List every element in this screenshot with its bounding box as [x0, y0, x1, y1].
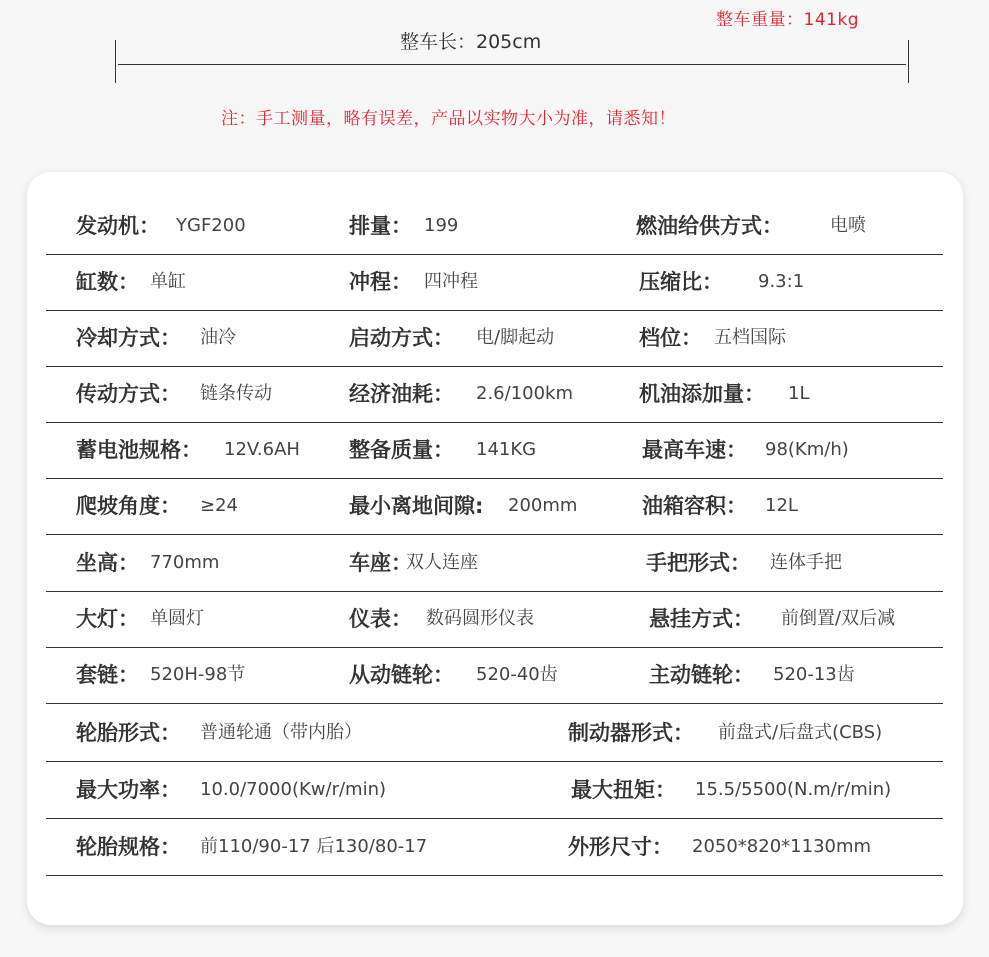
spec-value: 链条传动 [200, 366, 272, 422]
spec-value: 双人连座 [406, 535, 478, 591]
spec-value: 200mm [508, 478, 577, 534]
dimension-tick-left [115, 40, 116, 83]
spec-label: 轮胎形式： [76, 705, 181, 761]
spec-label: 最大功率： [76, 762, 181, 818]
spec-label: 压缩比： [639, 254, 723, 310]
spec-row: 套链：520H-98节从动链轮：520-40齿主动链轮：520-13齿 [46, 647, 943, 704]
spec-value: 98(Km/h) [765, 422, 849, 478]
spec-label: 发动机： [76, 198, 160, 254]
spec-label: 从动链轮： [349, 647, 454, 703]
spec-row: 冷却方式：油冷启动方式：电/脚起动档位：五档国际 [46, 310, 943, 367]
spec-label: 仪表： [349, 591, 412, 647]
spec-label: 油箱容积： [642, 478, 747, 534]
spec-label: 坐高： [76, 535, 139, 591]
spec-value: 电喷 [830, 198, 866, 254]
spec-label: 传动方式： [76, 366, 181, 422]
spec-label: 爬坡角度： [76, 478, 181, 534]
spec-value: 199 [424, 198, 458, 254]
spec-value: 普通轮通（带内胎） [200, 705, 362, 761]
spec-label: 最大扭矩： [571, 762, 676, 818]
spec-label: 轮胎规格： [76, 819, 181, 875]
spec-row: 最大功率：10.0/7000(Kw/r/min)最大扭矩：15.5/5500(N… [46, 762, 943, 819]
spec-row: 传动方式：链条传动经济油耗：2.6/100km机油添加量：1L [46, 366, 943, 423]
spec-value: ≥24 [200, 478, 238, 534]
spec-label: 蓄电池规格： [76, 422, 202, 478]
spec-value: 数码圆形仪表 [426, 591, 534, 647]
spec-label: 制动器形式： [568, 705, 694, 761]
spec-value: 单缸 [150, 254, 186, 310]
spec-label: 手把形式： [646, 535, 751, 591]
spec-label: 启动方式： [349, 310, 454, 366]
spec-label: 机油添加量： [639, 366, 765, 422]
spec-label: 大灯： [76, 591, 139, 647]
spec-value: 连体手把 [770, 535, 842, 591]
spec-value: 10.0/7000(Kw/r/min) [200, 762, 386, 818]
spec-label: 经济油耗： [349, 366, 454, 422]
dimension-line [118, 64, 906, 65]
spec-row: 发动机：YGF200排量：199燃油给供方式：电喷 [46, 198, 943, 255]
spec-value: 前倒置/双后减 [781, 591, 895, 647]
spec-value: 520H-98节 [150, 647, 245, 703]
spec-label: 冷却方式： [76, 310, 181, 366]
spec-label: 排量： [349, 198, 412, 254]
spec-label: 整备质量： [349, 422, 454, 478]
spec-value: 770mm [150, 535, 219, 591]
spec-row: 缸数：单缸冲程：四冲程压缩比：9.3:1 [46, 254, 943, 311]
spec-row: 大灯：单圆灯仪表：数码圆形仪表悬挂方式：前倒置/双后减 [46, 591, 943, 648]
spec-label: 燃油给供方式： [636, 198, 783, 254]
spec-value: 2.6/100km [476, 366, 573, 422]
spec-value: 520-13齿 [773, 647, 855, 703]
spec-value: 9.3:1 [758, 254, 804, 310]
spec-row: 爬坡角度：≥24最小离地间隙:200mm油箱容积：12L [46, 478, 943, 535]
measurement-note: 注：手工测量，略有误差，产品以实物大小为准，请悉知！ [221, 104, 676, 129]
spec-value: 电/脚起动 [476, 310, 554, 366]
spec-value: YGF200 [176, 198, 246, 254]
spec-value: 前110/90-17 后130/80-17 [200, 819, 427, 875]
total-weight-label: 整车重量：141kg [716, 5, 859, 30]
spec-value: 12L [765, 478, 798, 534]
spec-value: 四冲程 [424, 254, 478, 310]
spec-value: 141KG [476, 422, 536, 478]
spec-value: 五档国际 [714, 310, 786, 366]
spec-label: 车座： [349, 535, 412, 591]
spec-label: 档位： [639, 310, 702, 366]
spec-row: 轮胎规格：前110/90-17 后130/80-17外形尺寸：2050*820*… [46, 819, 943, 876]
spec-card: 发动机：YGF200排量：199燃油给供方式：电喷缸数：单缸冲程：四冲程压缩比：… [27, 172, 963, 925]
spec-label: 缸数： [76, 254, 139, 310]
spec-value: 单圆灯 [150, 591, 204, 647]
spec-label: 最小离地间隙: [349, 478, 483, 534]
spec-value: 前盘式/后盘式(CBS) [718, 705, 882, 761]
spec-label: 冲程： [349, 254, 412, 310]
spec-value: 2050*820*1130mm [692, 819, 871, 875]
spec-label: 最高车速： [642, 422, 747, 478]
spec-label: 套链： [76, 647, 139, 703]
spec-value: 油冷 [200, 310, 236, 366]
spec-value: 12V.6AH [224, 422, 300, 478]
spec-row: 蓄电池规格：12V.6AH整备质量：141KG最高车速：98(Km/h) [46, 422, 943, 479]
spec-value: 520-40齿 [476, 647, 558, 703]
total-length-label: 整车长：205cm [400, 27, 541, 54]
spec-value: 15.5/5500(N.m/r/min) [695, 762, 891, 818]
spec-label: 外形尺寸： [568, 819, 673, 875]
spec-label: 主动链轮： [649, 647, 754, 703]
spec-value: 1L [788, 366, 809, 422]
spec-row: 轮胎形式：普通轮通（带内胎）制动器形式：前盘式/后盘式(CBS) [46, 705, 943, 762]
dimension-tick-right [908, 40, 909, 83]
spec-row: 坐高：770mm车座：双人连座手把形式：连体手把 [46, 535, 943, 592]
spec-label: 悬挂方式： [649, 591, 754, 647]
